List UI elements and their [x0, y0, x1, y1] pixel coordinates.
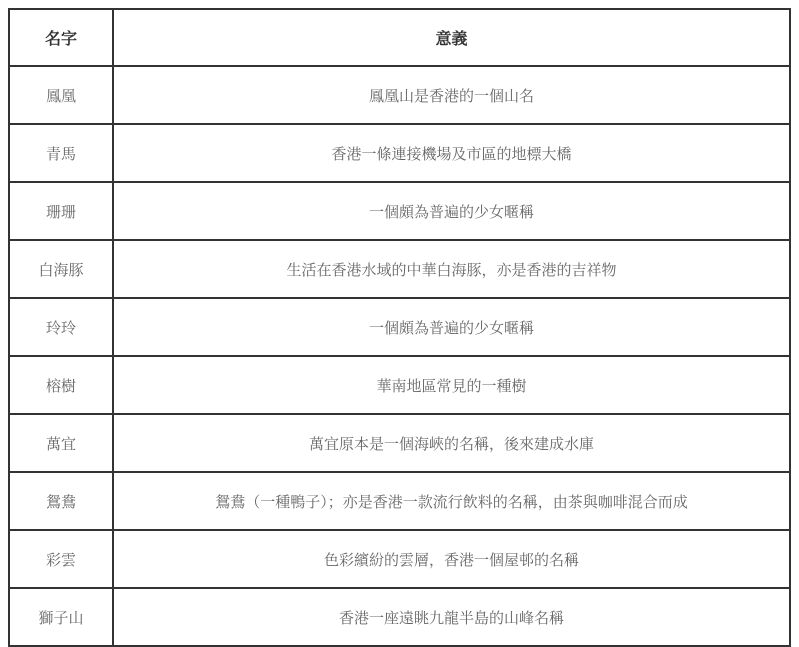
table-row: 珊珊一個頗為普遍的少女暱稱 — [9, 182, 790, 240]
table-row: 白海豚生活在香港水域的中華白海豚，亦是香港的吉祥物 — [9, 240, 790, 298]
cell-meaning: 色彩繽紛的雲層，香港一個屋邨的名稱 — [113, 530, 790, 588]
table-row: 獅子山香港一座遠眺九龍半島的山峰名稱 — [9, 588, 790, 646]
cell-meaning: 生活在香港水域的中華白海豚，亦是香港的吉祥物 — [113, 240, 790, 298]
header-row: 名字 意義 — [9, 9, 790, 66]
table-row: 鴛鴦鴛鴦（一種鴨子）；亦是香港一款流行飲料的名稱，由茶與咖啡混合而成 — [9, 472, 790, 530]
cell-name: 珊珊 — [9, 182, 113, 240]
table-row: 玲玲一個頗為普遍的少女暱稱 — [9, 298, 790, 356]
cell-name: 鴛鴦 — [9, 472, 113, 530]
name-meaning-table: 名字 意義 鳳凰鳳凰山是香港的一個山名青馬香港一條連接機場及市區的地標大橋珊珊一… — [8, 8, 791, 647]
cell-meaning: 鴛鴦（一種鴨子）；亦是香港一款流行飲料的名稱，由茶與咖啡混合而成 — [113, 472, 790, 530]
table-row: 鳳凰鳳凰山是香港的一個山名 — [9, 66, 790, 124]
cell-meaning: 一個頗為普遍的少女暱稱 — [113, 298, 790, 356]
table-row: 萬宜萬宜原本是一個海峽的名稱，後來建成水庫 — [9, 414, 790, 472]
cell-meaning: 華南地區常見的一種樹 — [113, 356, 790, 414]
table-row: 青馬香港一條連接機場及市區的地標大橋 — [9, 124, 790, 182]
cell-meaning: 香港一座遠眺九龍半島的山峰名稱 — [113, 588, 790, 646]
cell-meaning: 一個頗為普遍的少女暱稱 — [113, 182, 790, 240]
cell-name: 榕樹 — [9, 356, 113, 414]
cell-meaning: 鳳凰山是香港的一個山名 — [113, 66, 790, 124]
table-row: 彩雲色彩繽紛的雲層，香港一個屋邨的名稱 — [9, 530, 790, 588]
page: 名字 意義 鳳凰鳳凰山是香港的一個山名青馬香港一條連接機場及市區的地標大橋珊珊一… — [0, 0, 799, 593]
cell-name: 彩雲 — [9, 530, 113, 588]
cell-name: 青馬 — [9, 124, 113, 182]
header-name: 名字 — [9, 9, 113, 66]
cell-name: 玲玲 — [9, 298, 113, 356]
table-row: 榕樹華南地區常見的一種樹 — [9, 356, 790, 414]
cell-meaning: 萬宜原本是一個海峽的名稱，後來建成水庫 — [113, 414, 790, 472]
table-body: 鳳凰鳳凰山是香港的一個山名青馬香港一條連接機場及市區的地標大橋珊珊一個頗為普遍的… — [9, 66, 790, 646]
cell-name: 鳳凰 — [9, 66, 113, 124]
cell-name: 白海豚 — [9, 240, 113, 298]
header-meaning: 意義 — [113, 9, 790, 66]
cell-name: 獅子山 — [9, 588, 113, 646]
cell-meaning: 香港一條連接機場及市區的地標大橋 — [113, 124, 790, 182]
cell-name: 萬宜 — [9, 414, 113, 472]
